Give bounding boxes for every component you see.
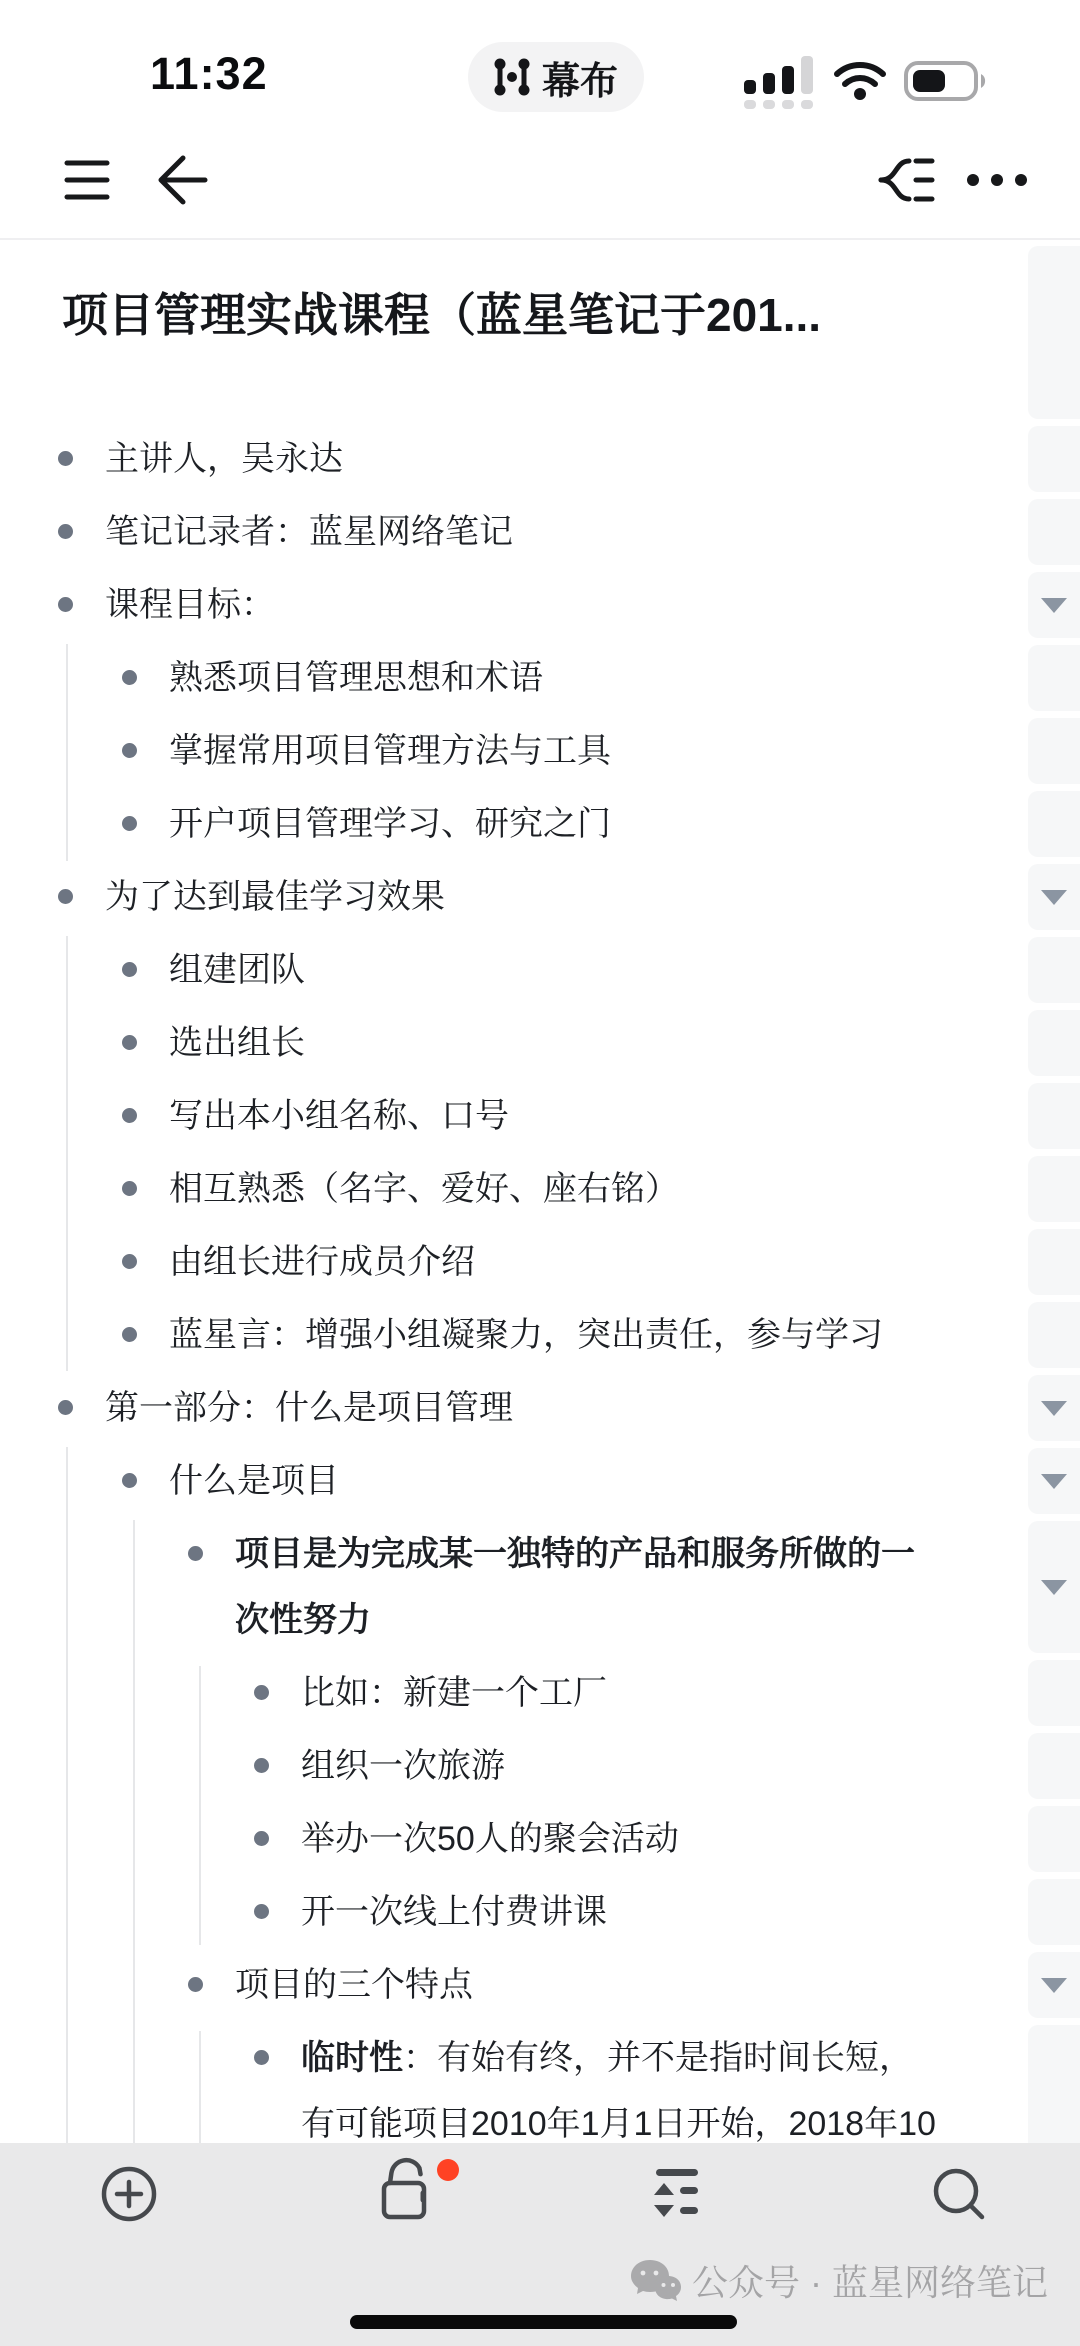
wechat-icon [630, 2258, 682, 2304]
document-title-row[interactable]: 项目管理实战课程（蓝星笔记于201... [0, 246, 1080, 419]
app-screen: 11:32 幕布 [0, 0, 1080, 2346]
cellular-signal-icon [744, 52, 816, 110]
battery-icon [904, 61, 988, 101]
outline-node[interactable]: 主讲人，吴永达 [0, 426, 1080, 492]
add-node-button[interactable] [100, 2165, 158, 2228]
outline-levels-button[interactable] [652, 2169, 700, 2226]
node-text: 开一次线上付费讲课 [301, 1879, 1080, 1945]
status-bar: 11:32 幕布 [0, 0, 1080, 120]
page-title: 项目管理实战课程（蓝星笔记于201... [0, 246, 1080, 348]
node-text: 掌握常用项目管理方法与工具 [169, 718, 1080, 784]
wifi-icon [834, 61, 886, 101]
outline-node[interactable]: 蓝星言：增强小组凝聚力，突出责任，参与学习 [0, 1302, 1080, 1368]
node-text: 选出组长 [169, 1010, 1080, 1076]
outline-node[interactable]: 开一次线上付费讲课 [0, 1879, 1080, 1945]
nav-toolbar [0, 120, 1080, 240]
gutter-cell [1028, 246, 1080, 419]
outline-node[interactable]: 项目的三个特点 [0, 1952, 1080, 2018]
node-text: 笔记记录者：蓝星网络笔记 [105, 499, 1080, 565]
node-text: 蓝星言：增强小组凝聚力，突出责任，参与学习 [169, 1302, 1080, 1368]
outline-node[interactable]: 写出本小组名称、口号 [0, 1083, 1080, 1149]
outline-node[interactable]: 熟悉项目管理思想和术语 [0, 645, 1080, 711]
node-text: 为了达到最佳学习效果 [105, 864, 1080, 930]
watermark: 公众号 · 蓝星网络笔记 [630, 2255, 1048, 2306]
node-text: 组织一次旅游 [301, 1733, 1080, 1799]
node-text: 临时性：有始有终，并不是指时间长短， [301, 2025, 1080, 2091]
outline-node[interactable]: 什么是项目 [0, 1448, 1080, 1514]
node-text: 课程目标： [105, 572, 1080, 638]
back-arrow-icon[interactable] [148, 120, 218, 240]
outline-node[interactable]: 开户项目管理学习、研究之门 [0, 791, 1080, 857]
outline-node[interactable]: 笔记记录者：蓝星网络笔记 [0, 499, 1080, 565]
node-text: 主讲人，吴永达 [105, 426, 1080, 492]
node-text: 写出本小组名称、口号 [169, 1083, 1080, 1149]
node-text: 第一部分：什么是项目管理 [105, 1375, 1080, 1441]
node-text: 有可能项目2010年1月1日开始，2018年10 [301, 2091, 1080, 2143]
more-menu-icon[interactable] [962, 120, 1032, 240]
app-badge-label: 幕布 [542, 50, 618, 105]
watermark-text: 公众号 · 蓝星网络笔记 [692, 2255, 1048, 2306]
home-indicator[interactable] [350, 2315, 737, 2329]
node-text: 组建团队 [169, 937, 1080, 1003]
node-text: 项目是为完成某一独特的产品和服务所做的一 [235, 1521, 1080, 1587]
app-badge-pill[interactable]: 幕布 [468, 42, 644, 112]
outline-node[interactable]: 选出组长 [0, 1010, 1080, 1076]
node-text: 次性努力 [235, 1587, 1080, 1653]
outline-node[interactable]: 为了达到最佳学习效果 [0, 864, 1080, 930]
clock: 11:32 [150, 48, 268, 100]
outline-node[interactable]: 比如：新建一个工厂 [0, 1660, 1080, 1726]
outline-node[interactable]: 项目是为完成某一独特的产品和服务所做的一次性努力 [0, 1521, 1080, 1653]
outline-node[interactable]: 组织一次旅游 [0, 1733, 1080, 1799]
document-outline: 项目管理实战课程（蓝星笔记于201... 主讲人，吴永达笔记记录者：蓝星网络笔记… [0, 240, 1080, 2143]
outline-node[interactable]: 临时性：有始有终，并不是指时间长短，有可能项目2010年1月1日开始，2018年… [0, 2025, 1080, 2143]
outline-node[interactable]: 第一部分：什么是项目管理 [0, 1375, 1080, 1441]
outline-node[interactable]: 掌握常用项目管理方法与工具 [0, 718, 1080, 784]
node-text: 熟悉项目管理思想和术语 [169, 645, 1080, 711]
node-text: 举办一次50人的聚会活动 [301, 1806, 1080, 1872]
hamburger-menu-icon[interactable] [52, 120, 122, 240]
outline-node[interactable]: 举办一次50人的聚会活动 [0, 1806, 1080, 1872]
mindmap-view-icon[interactable] [872, 120, 942, 240]
search-button[interactable] [930, 2165, 988, 2228]
node-text: 项目的三个特点 [235, 1952, 1080, 2018]
bottom-toolbar: 公众号 · 蓝星网络笔记 [0, 2143, 1080, 2346]
toolbar-divider [0, 238, 1080, 240]
outline-node[interactable]: 课程目标： [0, 572, 1080, 638]
node-text: 相互熟悉（名字、爱好、座右铭） [169, 1156, 1080, 1222]
node-text: 比如：新建一个工厂 [301, 1660, 1080, 1726]
node-text: 开户项目管理学习、研究之门 [169, 791, 1080, 857]
outline-node[interactable]: 组建团队 [0, 937, 1080, 1003]
notification-dot [437, 2159, 459, 2181]
node-text: 由组长进行成员介绍 [169, 1229, 1080, 1295]
outline-node[interactable]: 相互熟悉（名字、爱好、座右铭） [0, 1156, 1080, 1222]
mubu-logo-icon [494, 56, 530, 98]
outline-node[interactable]: 由组长进行成员介绍 [0, 1229, 1080, 1295]
node-text: 什么是项目 [169, 1448, 1080, 1514]
